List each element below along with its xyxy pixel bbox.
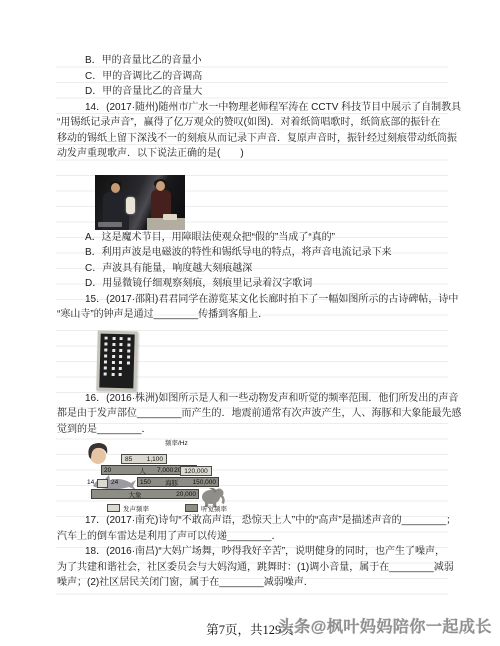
- chart-title: 频率/Hz: [165, 438, 188, 447]
- dolphin-label: 海豚: [165, 478, 178, 487]
- exam-document-page: B．甲的音量比乙的音量小 C．甲的音调比乙的音调高 D．甲的音量比乙的音量大 1…: [0, 0, 500, 646]
- human-vocal-range-box: 85 1,100: [121, 454, 167, 464]
- document-content: B．甲的音量比乙的音量小 C．甲的音调比乙的音调高 D．甲的音量比乙的音量大 1…: [57, 53, 446, 591]
- photo-paper-tube: [126, 197, 135, 214]
- photo-woman-head: [156, 181, 165, 191]
- photo-table-item: [163, 214, 177, 220]
- tv-show-photo: [95, 175, 185, 230]
- elephant-hearing-max: 20,000: [176, 491, 196, 498]
- human-vocal-min: 85: [125, 456, 132, 463]
- tablet-calligraphy: [99, 333, 134, 388]
- frequency-range-diagram: 频率/Hz 85 1,100 20 人 20,000 7,000 120,000: [85, 438, 245, 513]
- photo-man-head: [111, 183, 120, 193]
- toutiao-watermark: 头条@枫叶妈妈陪你一起成长: [278, 614, 492, 637]
- tablet-text-column: [111, 336, 115, 376]
- human-head-icon: [85, 441, 109, 467]
- hearing-frequency-legend-label: 听觉频率: [201, 504, 227, 513]
- photo-caption-overlay: [98, 222, 122, 227]
- q18-stem-line-1: 18．(2016·南昌)“大妈广场舞，吵得我好辛苦”，说明健身的同时，也产生了噪…: [57, 544, 446, 560]
- q14-option-c: C．声波具有能量，响度越大刻痕越深: [57, 261, 446, 277]
- q17-stem-line-2: 汽车上的倒车雷达是利用了声可以传递________．: [57, 529, 446, 545]
- tablet-text-column: [119, 337, 123, 377]
- dolphin-hearing-min: 150: [140, 479, 151, 486]
- vocal-frequency-legend-swatch: [107, 504, 120, 512]
- elephant-vocal-min: 14: [87, 479, 94, 486]
- human-hearing-min: 20: [104, 467, 111, 474]
- q14-option-a: A．这是魔术节目，用障眼法使观众把“假的”当成了“真的”: [57, 230, 446, 246]
- q16-stem-line-3: 觉到的是________．: [57, 422, 446, 438]
- q14-stem-line-2: “用锡纸记录声音”，赢得了亿万观众的赞叹(如图)．对着纸筒唱歌时，纸筒底部的振针…: [57, 115, 446, 131]
- q16-stem-line-1: 16．(2016·株洲)如图所示是人和一些动物发声和听觉的频率范围．他们所发出的…: [57, 391, 446, 407]
- tablet-text-column: [104, 336, 108, 376]
- q13-option-b: B．甲的音量比乙的音量小: [57, 53, 446, 69]
- elephant-label: 大象: [129, 490, 142, 499]
- q15-stem-line-2: “寒山寺”的钟声是通过________传播到客船上．: [57, 307, 446, 323]
- vocal-frequency-legend-label: 发声频率: [123, 504, 149, 513]
- hearing-frequency-legend-swatch: [185, 504, 198, 512]
- q16-stem-line-2: 都是由于发声部位________而产生的．地震前通常有次声波产生，人、海豚和大象…: [57, 406, 446, 422]
- poem-tablet-image: [96, 330, 138, 391]
- q17-stem-line-1: 17．(2017·南充)诗句“不敢高声语，恐惊天上人”中的“高声”是描述声音的_…: [57, 513, 446, 529]
- q18-stem-line-2: 为了共建和谐社会，社区委员会与大妈沟通，跳舞时：(1)调小音量，属于在_____…: [57, 560, 446, 576]
- q18-stem-line-3: 噪声；(2)社区居民关闭门窗，属于在________减弱噪声．: [57, 575, 446, 591]
- q14-option-d: D．用显微镜仔细观察刻痕，刻痕里记录着汉字歌词: [57, 276, 446, 292]
- q14-option-b: B．利用声波是电磁波的特性和锡纸导电的特点，将声音电流记录下来: [57, 245, 446, 261]
- elephant-hearing-range-bar: 大象 20,000: [91, 489, 199, 499]
- human-vocal-max: 1,100: [147, 456, 163, 463]
- q13-option-c: C．甲的音调比乙的音调高: [57, 69, 446, 85]
- q14-stem-line-3: 移动的锡纸上留下深浅不一的刻痕从而记录下声音．复原声音时，振针经过刻痕带动纸筒振: [57, 131, 446, 147]
- dolphin-vocal-min: 7,000: [157, 467, 173, 474]
- dolphin-vocal-range-box: 120,000: [180, 466, 212, 476]
- dolphin-vocal-max: 120,000: [184, 468, 208, 475]
- q13-option-d: D．甲的音量比乙的音量大: [57, 84, 446, 100]
- human-label: 人: [139, 466, 146, 475]
- elephant-vocal-max: 24: [111, 479, 118, 486]
- elephant-vocal-range-box: [97, 479, 108, 488]
- q15-stem-line-1: 15．(2017·邵阳)君君同学在游览某文化长廊时拍下了一幅如图所示的古诗碑帖，…: [57, 292, 446, 308]
- tablet-text-column: [126, 337, 130, 365]
- q14-stem-line-4: 动发声重现歌声．以下说法正确的是( ): [57, 146, 446, 162]
- q14-stem-line-1: 14．(2017·随州)随州市广水一中物理老师程军涛在 CCTV 科技节目中展示…: [57, 100, 446, 116]
